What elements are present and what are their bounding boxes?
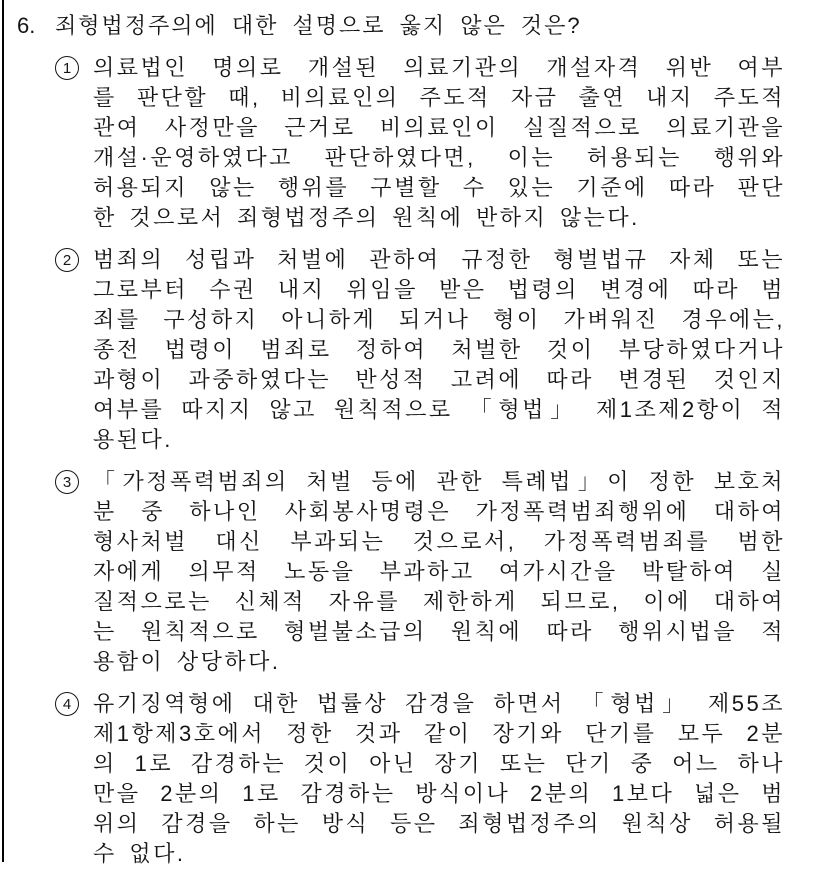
option-line: 형사처벌 대신 부과되는 것으로서, 가정폭력범죄를 범한 xyxy=(93,527,785,557)
option-line: 허용되지 않는 행위를 구별할 수 있는 기준에 따라 판단 xyxy=(93,173,785,203)
option-marker-col: 1 xyxy=(55,53,93,80)
option-line: 수 없다. xyxy=(93,839,785,869)
exam-page: 6. 죄형법정주의에 대한 설명으로 옳지 않은 것은? 1의료법인 명의로 개… xyxy=(0,0,826,869)
option-line: 한 것으로서 죄형법정주의 원칙에 반하지 않는다. xyxy=(93,203,785,233)
option-line: 개설·운영하였다고 판단하였다면, 이는 허용되는 행위와 xyxy=(93,143,785,173)
option-item: 2범죄의 성립과 처벌에 관하여 규정한 형벌법규 자체 또는그로부터 수권 내… xyxy=(55,245,809,455)
option-line: 분 중 하나인 사회봉사명령은 가정폭력범죄행위에 대하여 xyxy=(93,497,785,527)
option-lines: 범죄의 성립과 처벌에 관하여 규정한 형벌법규 자체 또는그로부터 수권 내지… xyxy=(93,245,785,455)
option-marker: 3 xyxy=(55,470,79,494)
option-line: 의 1로 감경하는 것이 아닌 장기 또는 단기 중 어느 하나 xyxy=(93,749,785,779)
option-item: 4유기징역형에 대한 법률상 감경을 하면서 「형법」 제55조제1항제3호에서… xyxy=(55,689,809,869)
option-line: 관여 사정만을 근거로 비의료인이 실질적으로 의료기관을 xyxy=(93,113,785,143)
question-number: 6. xyxy=(17,11,55,41)
option-line: 를 판단할 때, 비의료인의 주도적 자금 출연 내지 주도적 xyxy=(93,83,785,113)
option-line: 의료법인 명의로 개설된 의료기관의 개설자격 위반 여부 xyxy=(93,53,785,83)
option-line: 는 원칙적으로 형벌불소급의 원칙에 따라 행위시법을 적 xyxy=(93,617,785,647)
option-line: 여부를 따지지 않고 원칙적으로 「형법」 제1조제2항이 적 xyxy=(93,395,785,425)
option-marker-col: 3 xyxy=(55,467,93,494)
option-lines: 「가정폭력범죄의 처벌 등에 관한 특례법」이 정한 보호처분 중 하나인 사회… xyxy=(93,467,785,677)
option-line: 용함이 상당하다. xyxy=(93,647,785,677)
option-marker: 2 xyxy=(55,248,79,272)
option-item: 1의료법인 명의로 개설된 의료기관의 개설자격 위반 여부를 판단할 때, 비… xyxy=(55,53,809,233)
option-marker: 1 xyxy=(55,56,79,80)
option-line: 범죄의 성립과 처벌에 관하여 규정한 형벌법규 자체 또는 xyxy=(93,245,785,275)
question-block: 6. 죄형법정주의에 대한 설명으로 옳지 않은 것은? 1의료법인 명의로 개… xyxy=(17,11,809,869)
option-item: 3「가정폭력범죄의 처벌 등에 관한 특례법」이 정한 보호처분 중 하나인 사… xyxy=(55,467,809,677)
options: 1의료법인 명의로 개설된 의료기관의 개설자격 위반 여부를 판단할 때, 비… xyxy=(17,53,809,869)
option-line: 질적으로는 신체적 자유를 제한하게 되므로, 이에 대하여 xyxy=(93,587,785,617)
option-line: 자에게 의무적 노동을 부과하고 여가시간을 박탈하여 실 xyxy=(93,557,785,587)
option-marker: 4 xyxy=(55,692,79,716)
question-title: 죄형법정주의에 대한 설명으로 옳지 않은 것은? xyxy=(55,11,582,41)
left-rule-line xyxy=(2,0,4,862)
option-lines: 유기징역형에 대한 법률상 감경을 하면서 「형법」 제55조제1항제3호에서 … xyxy=(93,689,785,869)
option-line: 만을 2분의 1로 감경하는 방식이나 2분의 1보다 넓은 범 xyxy=(93,779,785,809)
option-line: 죄를 구성하지 아니하게 되거나 형이 가벼워진 경우에는, xyxy=(93,305,785,335)
option-line: 용된다. xyxy=(93,425,785,455)
option-line: 종전 법령이 범죄로 정하여 처벌한 것이 부당하였다거나 xyxy=(93,335,785,365)
option-lines: 의료법인 명의로 개설된 의료기관의 개설자격 위반 여부를 판단할 때, 비의… xyxy=(93,53,785,233)
option-line: 위의 감경을 하는 방식 등은 죄형법정주의 원칙상 허용될 xyxy=(93,809,785,839)
option-marker-col: 4 xyxy=(55,689,93,716)
option-line: 「가정폭력범죄의 처벌 등에 관한 특례법」이 정한 보호처 xyxy=(93,467,785,497)
option-line: 그로부터 수권 내지 위임을 받은 법령의 변경에 따라 범 xyxy=(93,275,785,305)
option-line: 제1항제3호에서 정한 것과 같이 장기와 단기를 모두 2분 xyxy=(93,719,785,749)
option-line: 과형이 과중하였다는 반성적 고려에 따라 변경된 것인지 xyxy=(93,365,785,395)
option-line: 유기징역형에 대한 법률상 감경을 하면서 「형법」 제55조 xyxy=(93,689,785,719)
option-marker-col: 2 xyxy=(55,245,93,272)
question-heading: 6. 죄형법정주의에 대한 설명으로 옳지 않은 것은? xyxy=(17,11,809,41)
